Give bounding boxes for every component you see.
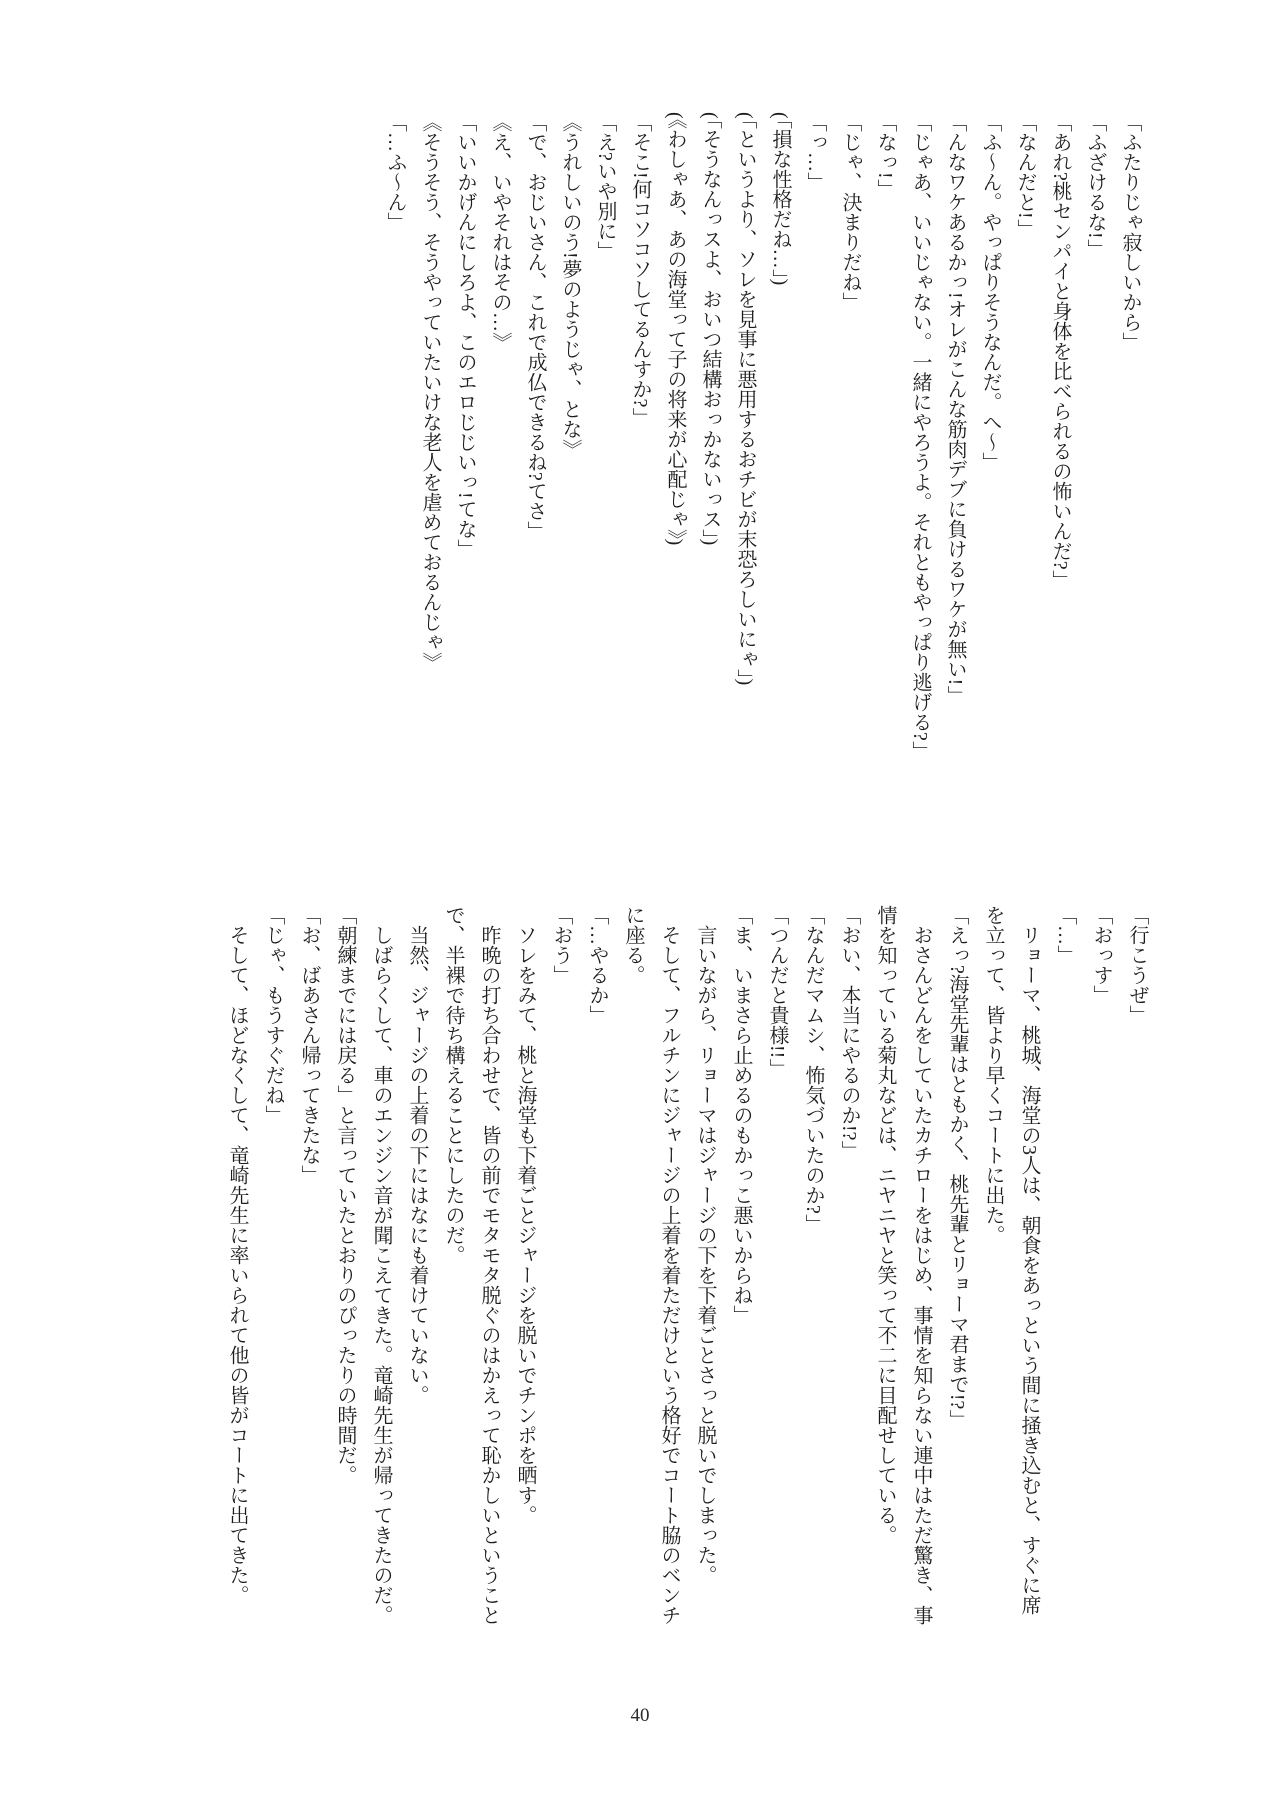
text-line: 「で、おじいさん、これで成仏できるね?てさ」 — [517, 112, 552, 777]
narrative-block-bottom: 「行こうぜ」 「おっす」 「…」 リョーマ、桃城、海堂の3人は、朝食をあっという… — [219, 905, 1155, 1625]
text-line: 「なんだマムシ、怖気づいたのか?」 — [795, 905, 831, 1625]
text-line: 「…ふ〜ん」 — [377, 112, 412, 777]
text-line: 「じゃあ、いいじゃない。一緒にやろうよ。それともやっぱり逃げる?」 — [902, 112, 937, 777]
text-line: 「つんだと貴様!!」 — [759, 905, 795, 1625]
text-line: 「なんだと!」 — [1007, 112, 1042, 777]
text-line: 「朝練までには戻る」と言っていたとおりのぴったりの時間だ。 — [327, 905, 363, 1625]
text-line: 昨晩の打ち合わせで、皆の前でモタモタ脱ぐのはかえって恥かしいということで、半裸で… — [435, 905, 507, 1625]
text-line: 《そうそう、そうやっていたいけな老人を虐めておるんじゃ》 — [412, 112, 447, 777]
text-line: 「っ…」 — [797, 112, 832, 777]
text-line: 《え、いやそれはその…》 — [482, 112, 517, 777]
text-line: 「おい、本当にやるのか!?」 — [831, 905, 867, 1625]
text-line: しばらくして、車のエンジン音が聞こえてきた。竜崎先生が帰ってきたのだ。 — [363, 905, 399, 1625]
text-line: 「…やるか」 — [579, 905, 615, 1625]
text-line: 「いいかげんにしろよ、このエロじじいっ!てな」 — [447, 112, 482, 777]
dialogue-block-top: 「ふたりじゃ寂しいから」 「ふざけるな!」 「あれ?桃センパイと身体を比べられる… — [377, 112, 1147, 777]
text-line: (「そうなんっスよ、おいつ結構おっかないっス」) — [692, 112, 727, 777]
text-line: 「ふ〜ん。やっぱりそうなんだ。へ〜」 — [972, 112, 1007, 777]
text-line: 「え?いや別に」 — [587, 112, 622, 777]
text-line: 言いながら、リョーマはジャージの下を下着ごとさっと脱いでしまった。 — [687, 905, 723, 1625]
text-line: 「そこ!何コソコソしてるんすか?」 — [622, 112, 657, 777]
text-line: そして、ほどなくして、竜崎先生に率いられて他の皆がコートに出てきた。 — [219, 905, 255, 1625]
text-line: 「ふたりじゃ寂しいから」 — [1112, 112, 1147, 777]
text-line: 「おっす」 — [1083, 905, 1119, 1625]
text-line: (《わしゃあ、あの海堂って子の将来が心配じゃ》) — [657, 112, 692, 777]
text-line: 《うれしいのう!夢のようじゃ、とな》 — [552, 112, 587, 777]
text-line: 「おう」 — [543, 905, 579, 1625]
page-number: 40 — [0, 1705, 1280, 1727]
text-line: 当然、ジャージの上着の下にはなにも着けていない。 — [399, 905, 435, 1625]
text-line: 「なっ!」 — [867, 112, 902, 777]
text-line: 「ま、いまさら止めるのもかっこ悪いからね」 — [723, 905, 759, 1625]
text-line: 「ふざけるな!」 — [1077, 112, 1112, 777]
text-line: 「お、ばあさん帰ってきたな」 — [291, 905, 327, 1625]
text-line: そして、フルチンにジャージの上着を着ただけという格好でコート脇のベンチに座る。 — [615, 905, 687, 1625]
text-line: (「損な性格だね…」) — [762, 112, 797, 777]
text-line: 「んなワケあるかっ!オレがこんな筋肉デブに負けるワケが無い!」 — [937, 112, 972, 777]
text-line: 「じゃ、決まりだね」 — [832, 112, 867, 777]
text-line: おさんどんをしていたカチローをはじめ、事情を知らない連中はただ驚き、事情を知って… — [867, 905, 939, 1625]
text-line: ソレをみて、桃と海堂も下着ごとジャージを脱いでチンポを晒す。 — [507, 905, 543, 1625]
text-line: (「というより、ソレを見事に悪用するおチビが末恐ろしいにゃ」) — [727, 112, 762, 777]
text-line: 「…」 — [1047, 905, 1083, 1625]
text-line: 「えっ?海堂先輩はともかく、桃先輩とリョーマ君まで!?」 — [939, 905, 975, 1625]
text-line: 「行こうぜ」 — [1119, 905, 1155, 1625]
text-line: リョーマ、桃城、海堂の3人は、朝食をあっという間に掻き込むと、すぐに席を立って、… — [975, 905, 1047, 1625]
text-line: 「あれ?桃センパイと身体を比べられるの怖いんだ?」 — [1042, 112, 1077, 777]
text-line: 「じゃ、もうすぐだね」 — [255, 905, 291, 1625]
